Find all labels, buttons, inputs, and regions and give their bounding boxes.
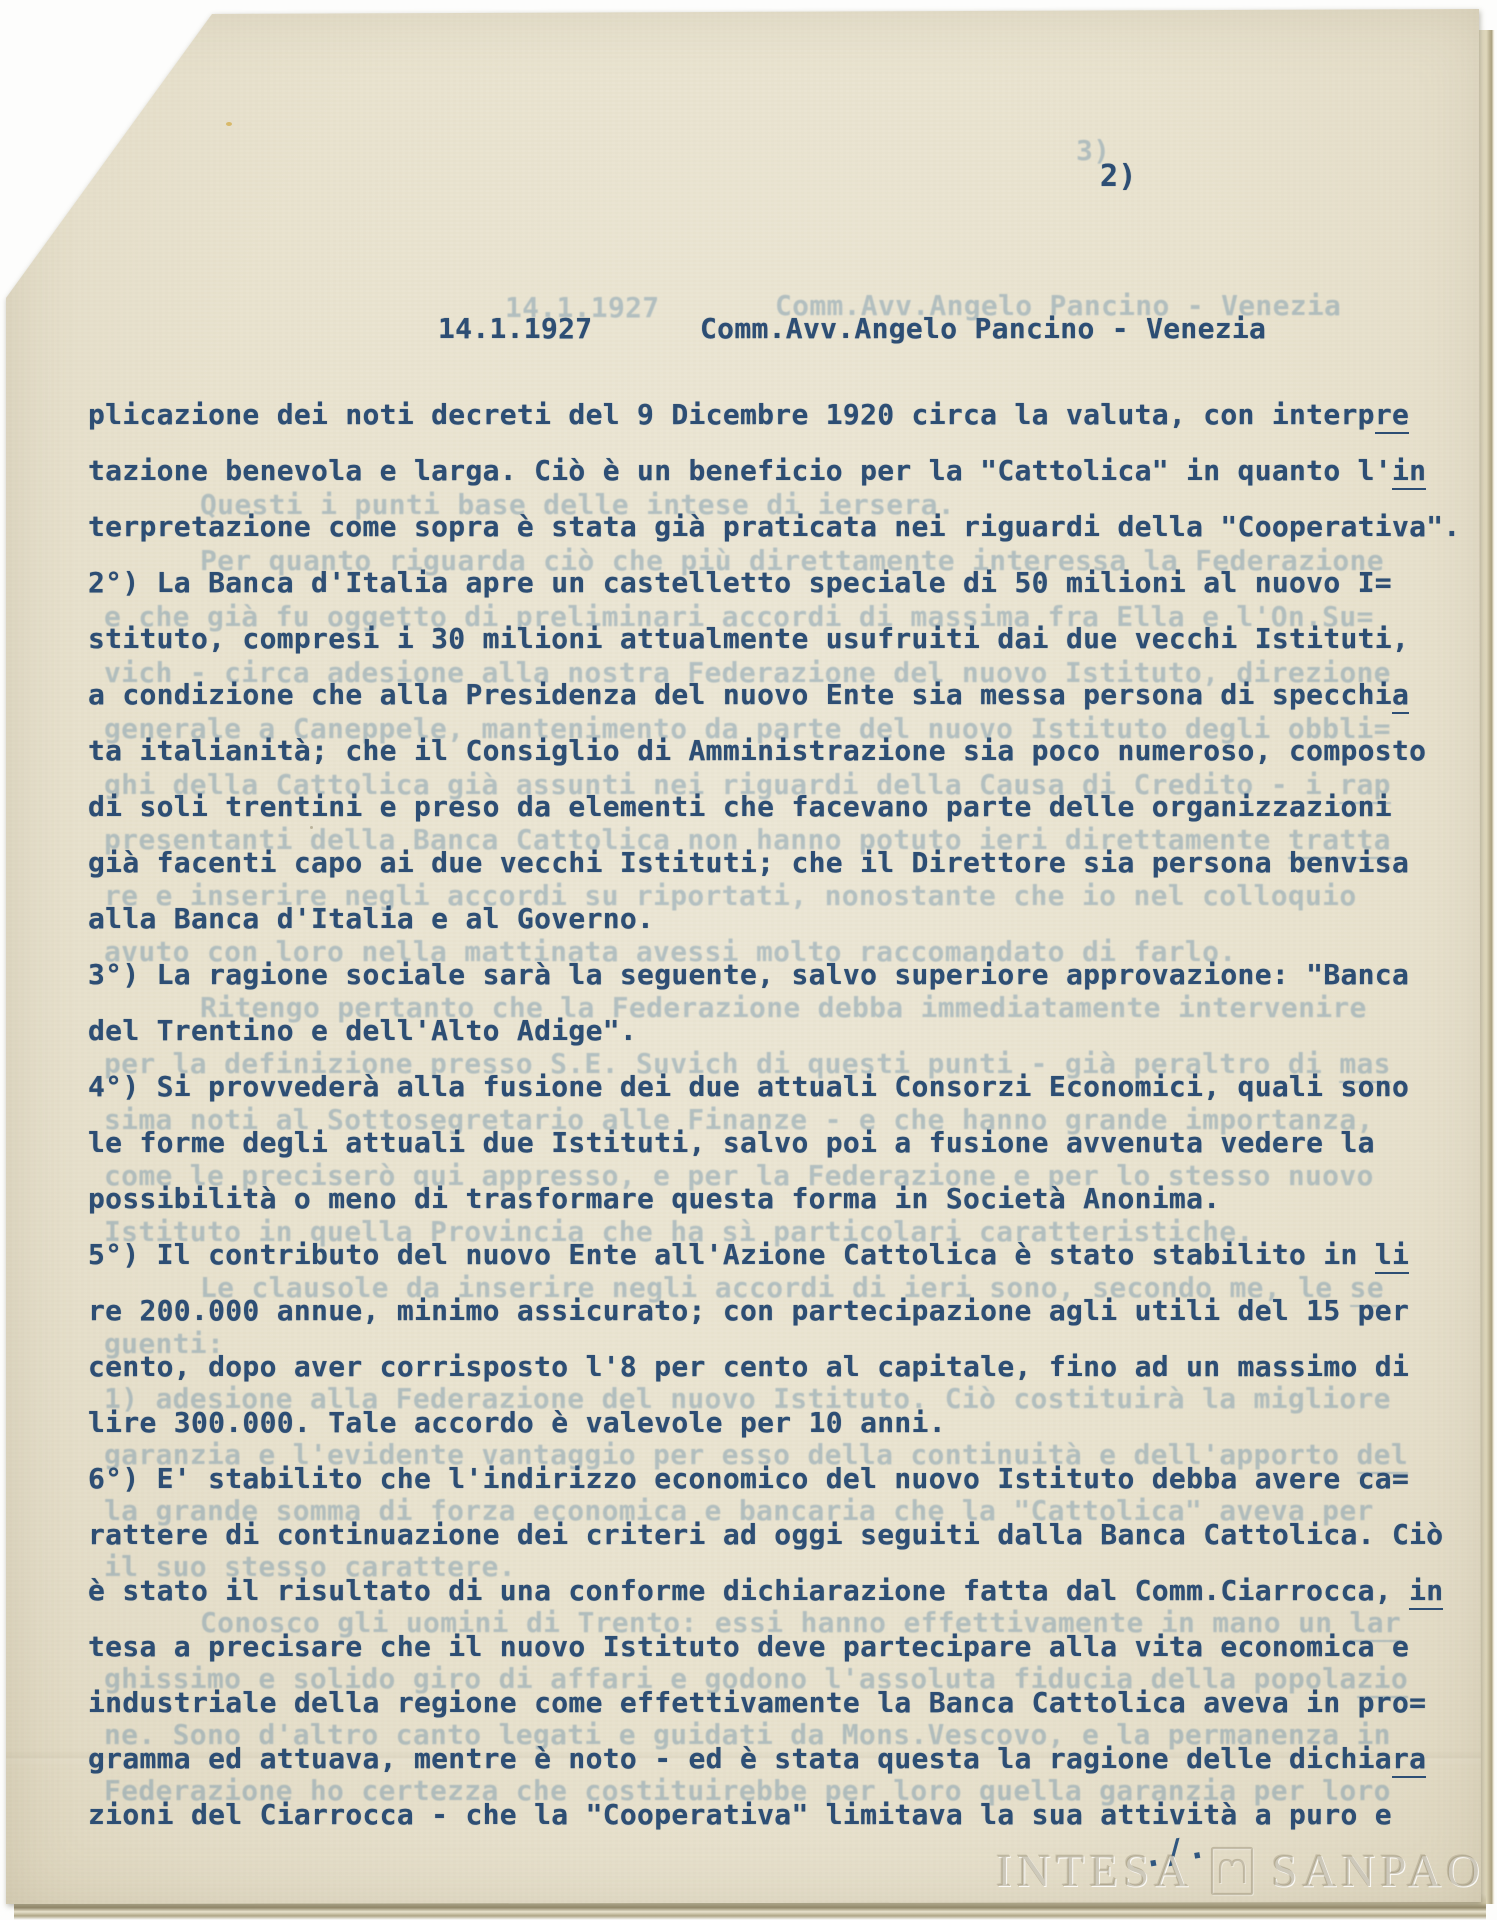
typed-line: terpretazione come sopra è stata già pra… bbox=[88, 510, 1461, 544]
header-addressee: Comm.Avv.Angelo Pancino - Venezia bbox=[700, 312, 1266, 346]
typed-line: industriale della regione come effettiva… bbox=[88, 1686, 1426, 1720]
typed-line: re 200.000 annue, minimo assicurato; con… bbox=[88, 1294, 1409, 1328]
typed-line: ta italianità; che il Consiglio di Ammin… bbox=[88, 734, 1426, 768]
page-number: 2) bbox=[1100, 160, 1137, 194]
typed-line: di soli trentini e preso da elementi che… bbox=[88, 790, 1392, 824]
typed-line: possibilità o meno di trasformare questa… bbox=[88, 1182, 1220, 1216]
archive-watermark: INTESA SANPAOLO bbox=[996, 1844, 1497, 1898]
typed-line: del Trentino e dell'Alto Adige". bbox=[88, 1014, 637, 1048]
header-date: 14.1.1927 bbox=[438, 312, 592, 346]
paper-sheet: 3) 14.1.1927 Comm.Avv.Angelo Pancino - V… bbox=[0, 0, 1497, 1920]
typed-line: 2°) La Banca d'Italia apre un castellett… bbox=[88, 566, 1392, 600]
typed-line: 4°) Si provvederà alla fusione dei due a… bbox=[88, 1070, 1409, 1104]
watermark-intesa-text: INTESA bbox=[996, 1844, 1193, 1898]
typed-line: 3°) La ragione sociale sarà la seguente,… bbox=[88, 958, 1409, 992]
typed-line: è stato il risultato di una conforme dic… bbox=[88, 1574, 1443, 1608]
typed-line: rattere di continuazione dei criteri ad … bbox=[88, 1518, 1443, 1552]
typed-line: tazione benevola e larga. Ciò è un benef… bbox=[88, 454, 1426, 488]
typed-line: 5°) Il contributo del nuovo Ente all'Azi… bbox=[88, 1238, 1409, 1272]
scanned-document-page: 3) 14.1.1927 Comm.Avv.Angelo Pancino - V… bbox=[0, 0, 1497, 1920]
typed-line: 6°) E' stabilito che l'indirizzo economi… bbox=[88, 1462, 1409, 1496]
typed-line: lire 300.000. Tale accordo è valevole pe… bbox=[88, 1406, 946, 1440]
typed-line: tesa a precisare che il nuovo Istituto d… bbox=[88, 1630, 1409, 1664]
paper-sheet-wrapper: 3) 14.1.1927 Comm.Avv.Angelo Pancino - V… bbox=[0, 0, 1497, 1920]
typed-line: gramma ed attuava, mentre è noto - ed è … bbox=[88, 1742, 1426, 1776]
watermark-sanpaolo-text: SANPAOLO bbox=[1271, 1844, 1497, 1898]
typed-line: già facenti capo ai due vecchi Istituti;… bbox=[88, 846, 1409, 880]
typed-line: plicazione dei noti decreti del 9 Dicemb… bbox=[88, 398, 1409, 432]
typed-line: stituto, compresi i 30 milioni attualmen… bbox=[88, 622, 1409, 656]
typed-line: le forme degli attuali due Istituti, sal… bbox=[88, 1126, 1375, 1160]
typed-line: alla Banca d'Italia e al Governo. bbox=[88, 902, 654, 936]
typed-line: a condizione che alla Presidenza del nuo… bbox=[88, 678, 1409, 712]
aqueduct-arch-logo-icon bbox=[1209, 1845, 1255, 1897]
typed-line: cento, dopo aver corrisposto l'8 per cen… bbox=[88, 1350, 1409, 1384]
